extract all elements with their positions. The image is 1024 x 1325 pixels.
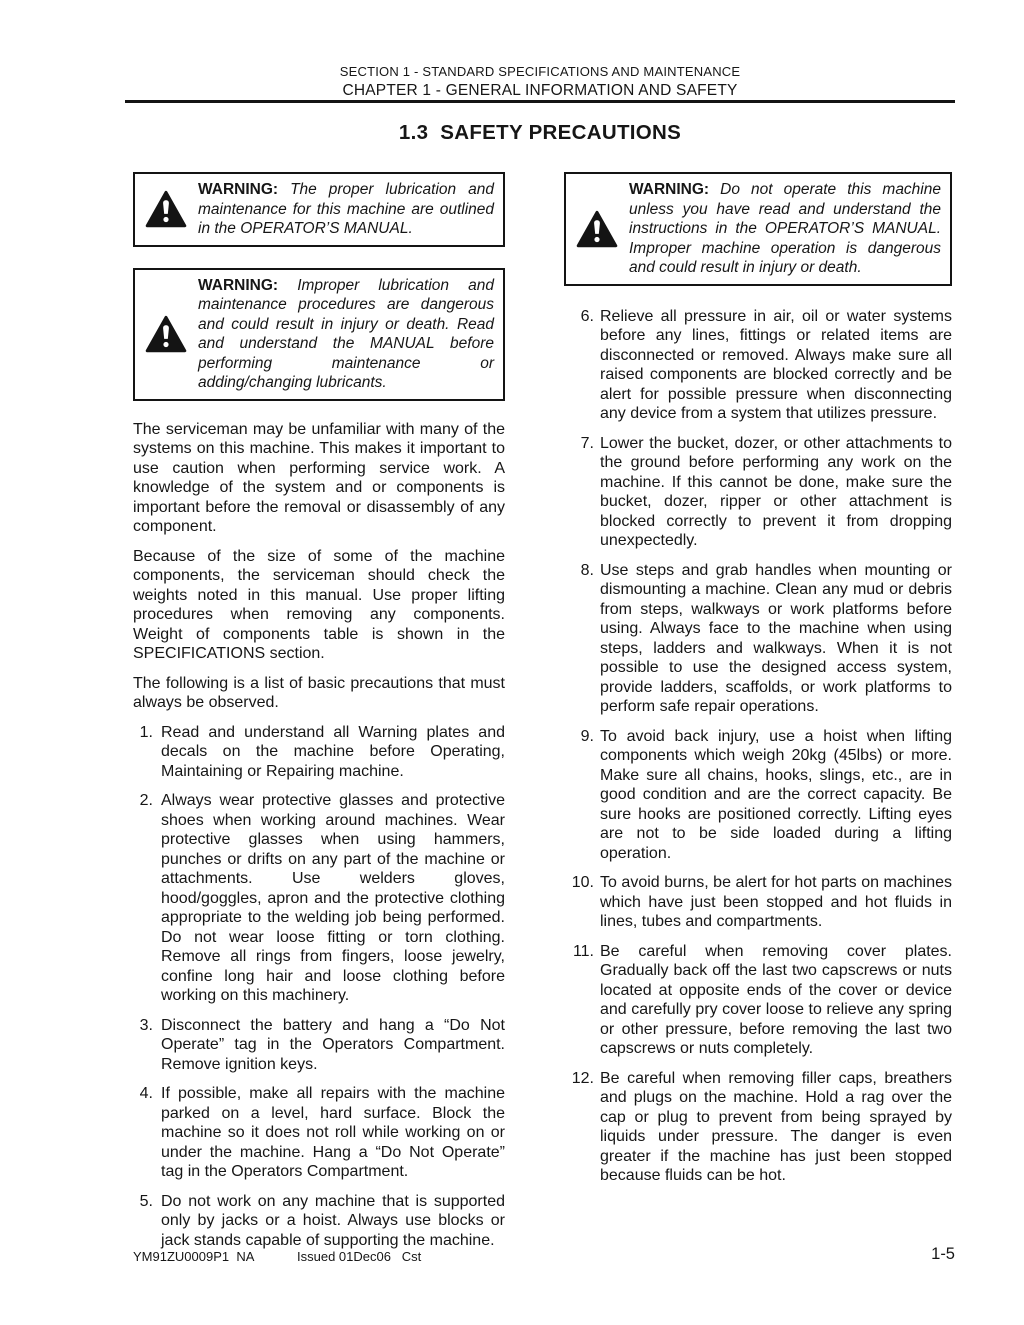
item-number: 8. bbox=[564, 561, 594, 717]
warning-text: WARNING: The proper lubrication and main… bbox=[198, 180, 494, 239]
item-text: Always wear protective glasses and prote… bbox=[161, 791, 505, 1006]
item-number: 4. bbox=[133, 1084, 153, 1182]
item-text: Use steps and grab handles when mounting… bbox=[600, 561, 952, 717]
warning-box-improper-lubrication: WARNING: Improper lubrication and mainte… bbox=[133, 268, 505, 401]
right-column: WARNING: Do not operate this machine unl… bbox=[564, 172, 952, 1196]
item-text: Do not work on any machine that is suppo… bbox=[161, 1192, 505, 1251]
list-item: 7. Lower the bucket, dozer, or other att… bbox=[564, 434, 952, 551]
list-item: 11. Be careful when removing cover plate… bbox=[564, 942, 952, 1059]
item-text: To avoid back injury, use a hoist when l… bbox=[600, 727, 952, 864]
warning-text: WARNING: Improper lubrication and mainte… bbox=[198, 276, 494, 393]
header-section-line: SECTION 1 - STANDARD SPECIFICATIONS AND … bbox=[125, 64, 955, 79]
list-item: 6. Relieve all pressure in air, oil or w… bbox=[564, 307, 952, 424]
list-item: 4. If possible, make all repairs with th… bbox=[133, 1084, 505, 1182]
warning-box-operation: WARNING: Do not operate this machine unl… bbox=[564, 172, 952, 286]
warning-label: WARNING: bbox=[629, 181, 709, 198]
warning-label: WARNING: bbox=[198, 181, 278, 198]
item-number: 6. bbox=[564, 307, 594, 424]
list-item: 12. Be careful when removing filler caps… bbox=[564, 1069, 952, 1186]
footer-page-number: 1-5 bbox=[885, 1245, 955, 1264]
item-number: 1. bbox=[133, 723, 153, 782]
warning-triangle-icon bbox=[144, 315, 188, 353]
header-divider bbox=[125, 100, 955, 103]
paragraph-weights: Because of the size of some of the machi… bbox=[133, 547, 505, 664]
item-text: Disconnect the battery and hang a “Do No… bbox=[161, 1016, 505, 1075]
footer-issued-date: Issued 01Dec06 Cst bbox=[297, 1249, 421, 1264]
footer-document-code: YM91ZU0009P1 NA bbox=[133, 1249, 254, 1264]
warning-triangle-icon bbox=[144, 190, 188, 228]
item-text: Relieve all pressure in air, oil or wate… bbox=[600, 307, 952, 424]
warning-text: WARNING: Do not operate this machine unl… bbox=[629, 180, 941, 278]
list-item: 8. Use steps and grab handles when mount… bbox=[564, 561, 952, 717]
list-item: 10. To avoid burns, be alert for hot par… bbox=[564, 873, 952, 932]
item-text: Be careful when removing filler caps, br… bbox=[600, 1069, 952, 1186]
manual-page: SECTION 1 - STANDARD SPECIFICATIONS AND … bbox=[0, 0, 1024, 1325]
precautions-list-left: 1. Read and understand all Warning plate… bbox=[133, 723, 505, 1251]
header-chapter-line: CHAPTER 1 - GENERAL INFORMATION AND SAFE… bbox=[125, 82, 955, 100]
paragraph-list-intro: The following is a list of basic precaut… bbox=[133, 674, 505, 713]
item-number: 7. bbox=[564, 434, 594, 551]
left-column: WARNING: The proper lubrication and main… bbox=[133, 172, 505, 1260]
warning-triangle-icon bbox=[575, 210, 619, 248]
page-title: 1.3 SAFETY PRECAUTIONS bbox=[125, 121, 955, 145]
item-number: 12. bbox=[564, 1069, 594, 1186]
item-text: If possible, make all repairs with the m… bbox=[161, 1084, 505, 1182]
item-number: 2. bbox=[133, 791, 153, 1006]
item-number: 10. bbox=[564, 873, 594, 932]
precautions-list-right: 6. Relieve all pressure in air, oil or w… bbox=[564, 307, 952, 1186]
list-item: 2. Always wear protective glasses and pr… bbox=[133, 791, 505, 1006]
list-item: 3. Disconnect the battery and hang a “Do… bbox=[133, 1016, 505, 1075]
item-text: Read and understand all Warning plates a… bbox=[161, 723, 505, 782]
list-item: 9. To avoid back injury, use a hoist whe… bbox=[564, 727, 952, 864]
item-text: Lower the bucket, dozer, or other attach… bbox=[600, 434, 952, 551]
item-number: 5. bbox=[133, 1192, 153, 1251]
item-number: 11. bbox=[564, 942, 594, 1059]
item-number: 3. bbox=[133, 1016, 153, 1075]
item-text: Be careful when removing cover plates. G… bbox=[600, 942, 952, 1059]
warning-box-lubrication: WARNING: The proper lubrication and main… bbox=[133, 172, 505, 247]
item-text: To avoid burns, be alert for hot parts o… bbox=[600, 873, 952, 932]
page-header: SECTION 1 - STANDARD SPECIFICATIONS AND … bbox=[125, 64, 955, 100]
warning-label: WARNING: bbox=[198, 277, 278, 294]
paragraph-serviceman: The serviceman may be unfamiliar with ma… bbox=[133, 420, 505, 537]
list-item: 5. Do not work on any machine that is su… bbox=[133, 1192, 505, 1251]
list-item: 1. Read and understand all Warning plate… bbox=[133, 723, 505, 782]
item-number: 9. bbox=[564, 727, 594, 864]
